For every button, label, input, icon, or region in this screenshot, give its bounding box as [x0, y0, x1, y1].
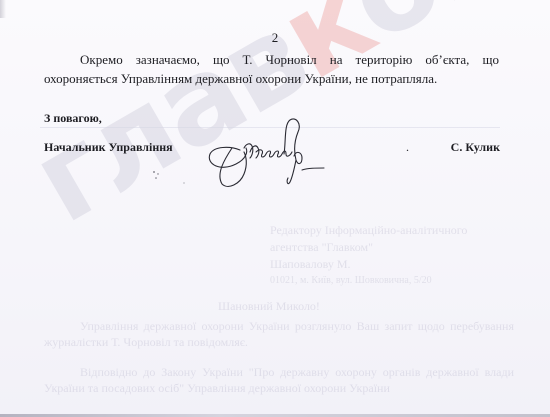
signatory-name: С. Кулик [451, 140, 500, 155]
bleed-body: Управління державної охорони України роз… [44, 318, 514, 410]
ink-specks [148, 165, 188, 185]
handwritten-signature-icon [200, 112, 330, 190]
separator-dot: . [406, 140, 409, 155]
bleed-address-line: Редактору Інформаційно-аналітичного [270, 222, 467, 238]
body-paragraph: Окремо зазначаємо, що Т. Чорновіл на тер… [44, 50, 499, 88]
bleed-address-line: Шаповалову М. [270, 256, 467, 272]
bleed-address: Редактору Інформаційно-аналітичного аген… [270, 222, 467, 290]
bleed-paragraph: Управління державної охорони України роз… [44, 318, 514, 350]
bleed-address-line: агентства "Главком" [270, 239, 467, 255]
signatory-title: Начальник Управління [44, 140, 173, 155]
paragraph-line: Окремо зазначаємо, що Т. Чорновіл на тер… [44, 50, 499, 69]
bleed-greeting: Шановний Миколо! [218, 298, 320, 314]
paragraph-line: охороняється Управлінням державної охоро… [44, 71, 437, 86]
scan-shadow [0, 0, 6, 18]
bleed-paragraph: Відповідно до Закону України "Про держав… [44, 364, 514, 396]
closing-phrase: З повагою, [44, 111, 102, 126]
page-number: 2 [0, 30, 550, 46]
document-page: Редактору Інформаційно-аналітичного аген… [0, 0, 550, 417]
bleed-address-line: 01021, м. Київ, вул. Шовковична, 5/20 [270, 273, 467, 289]
